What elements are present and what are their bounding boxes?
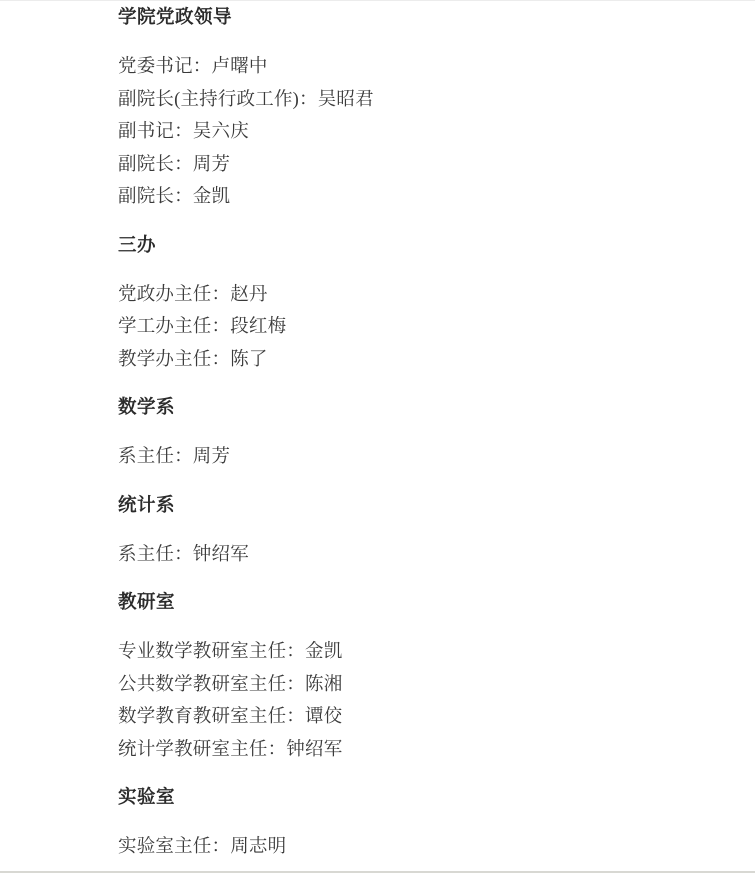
section-heading: 统计系: [118, 494, 715, 519]
org-section: 数学系 系主任：周芳: [118, 396, 715, 474]
person-line: 副书记：吴六庆: [118, 116, 715, 149]
person-line: 统计学教研室主任：钟绍军: [118, 734, 715, 767]
section-heading: 数学系: [118, 396, 715, 421]
person-line: 专业数学教研室主任：金凯: [118, 636, 715, 669]
person-line: 学工办主任：段红梅: [118, 311, 715, 344]
org-section: 三办 党政办主任：赵丹学工办主任：段红梅教学办主任：陈了: [118, 234, 715, 377]
org-section: 学院党政领导 党委书记：卢曙中副院长(主持行政工作)：吴昭君副书记：吴六庆副院长…: [118, 6, 715, 214]
org-directory: 学院党政领导 党委书记：卢曙中副院长(主持行政工作)：吴昭君副书记：吴六庆副院长…: [118, 6, 715, 864]
person-line: 党委书记：卢曙中: [118, 51, 715, 84]
section-heading: 教研室: [118, 591, 715, 616]
section-heading: 三办: [118, 234, 715, 259]
person-line: 副院长：周芳: [118, 149, 715, 182]
section-heading: 实验室: [118, 786, 715, 811]
person-line: 系主任：周芳: [118, 441, 715, 474]
section-lines: 系主任：钟绍军: [118, 539, 715, 572]
person-line: 公共数学教研室主任：陈湘: [118, 669, 715, 702]
org-section: 统计系 系主任：钟绍军: [118, 494, 715, 572]
person-line: 教学办主任：陈了: [118, 344, 715, 377]
section-lines: 专业数学教研室主任：金凯公共数学教研室主任：陈湘数学教育教研室主任：谭佼统计学教…: [118, 636, 715, 766]
section-lines: 系主任：周芳: [118, 441, 715, 474]
person-line: 副院长：金凯: [118, 181, 715, 214]
org-section: 实验室 实验室主任：周志明: [118, 786, 715, 864]
section-lines: 实验室主任：周志明: [118, 831, 715, 864]
section-lines: 党委书记：卢曙中副院长(主持行政工作)：吴昭君副书记：吴六庆副院长：周芳副院长：…: [118, 51, 715, 214]
person-line: 副院长(主持行政工作)：吴昭君: [118, 84, 715, 117]
org-section: 教研室 专业数学教研室主任：金凯公共数学教研室主任：陈湘数学教育教研室主任：谭佼…: [118, 591, 715, 766]
document-page: 学院党政领导 党委书记：卢曙中副院长(主持行政工作)：吴昭君副书记：吴六庆副院长…: [0, 0, 755, 873]
person-line: 党政办主任：赵丹: [118, 279, 715, 312]
section-lines: 党政办主任：赵丹学工办主任：段红梅教学办主任：陈了: [118, 279, 715, 377]
person-line: 数学教育教研室主任：谭佼: [118, 701, 715, 734]
person-line: 系主任：钟绍军: [118, 539, 715, 572]
person-line: 实验室主任：周志明: [118, 831, 715, 864]
section-heading: 学院党政领导: [118, 6, 715, 31]
